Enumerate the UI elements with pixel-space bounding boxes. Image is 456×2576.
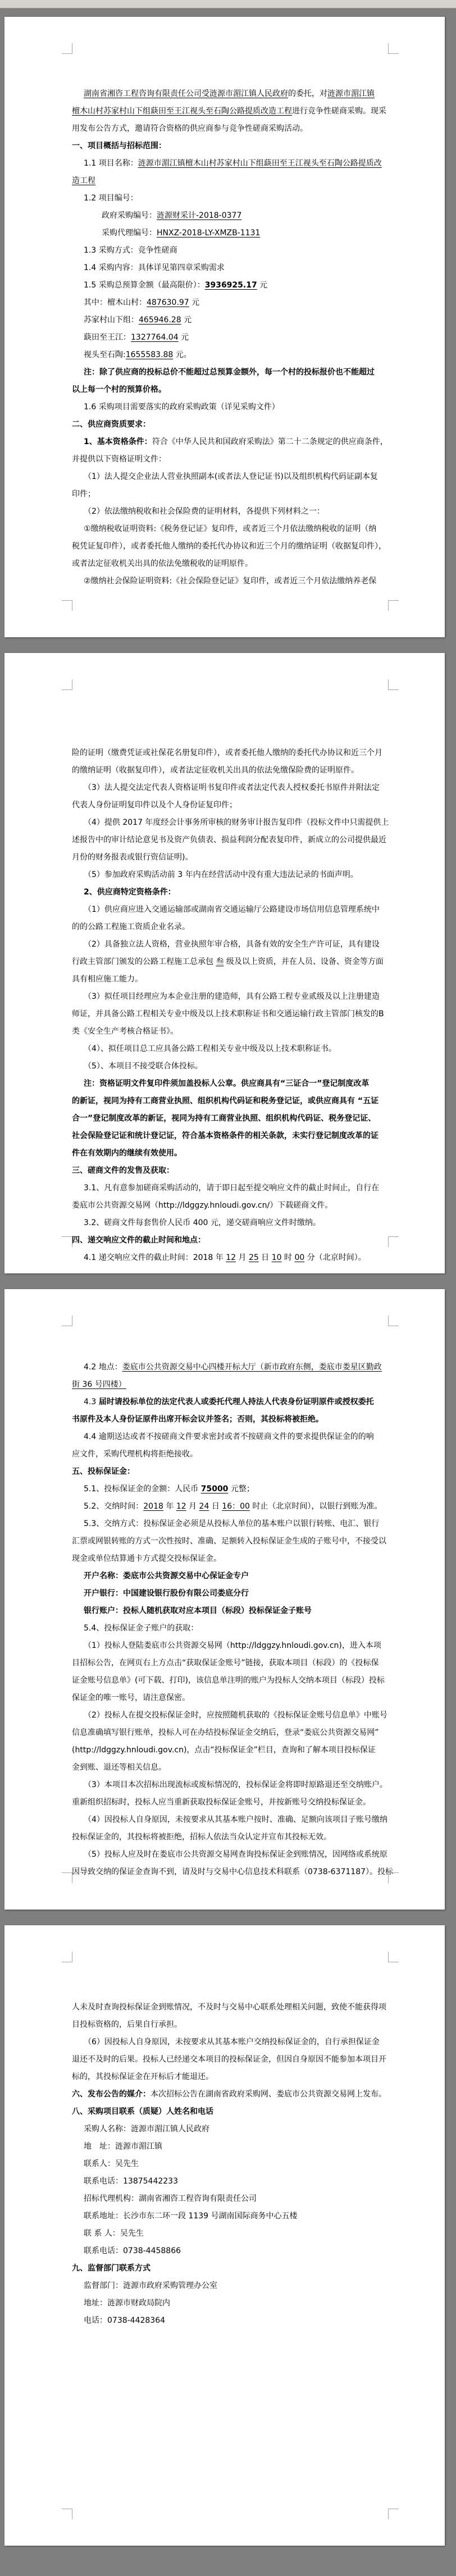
text-run: 25	[249, 1253, 259, 1262]
margin-crop-mark	[62, 1236, 72, 1247]
text-run: 现金或单位结算通卡方式提交投标保证金。	[72, 1554, 221, 1563]
text-run: 代表人身份证明复印件以及个人身份证复印件；	[72, 801, 237, 810]
text-run: 5.4、投标保证金子账户的获取：	[84, 1624, 198, 1633]
text-run: （1）投标人登陆娄底市公共资源交易网（http://ldggzy.hnloudi…	[84, 1641, 381, 1650]
doc-line: 现金或单位结算通卡方式提交投标保证金。	[72, 1550, 389, 1568]
doc-line: 1、基本资格条件：符合《中华人民共和国政府采购法》第二十二条规定的供应商条件，	[72, 433, 389, 451]
page-2[interactable]: 险的证明（缴费凭证或社保花名册复印件），或者委托他人缴纳的委托代办协议和近三个月…	[4, 653, 445, 1273]
doc-line: 街 36 号四楼）	[72, 1376, 389, 1394]
doc-line: （2）具备独立法人资格，营业执照年审合格，具备有效的安全生产许可证，具有建设	[72, 936, 389, 953]
text-run: 标的，其投标保证金在开标后才能退还。	[72, 2072, 213, 2081]
doc-line: 并提供以下资格证明文件：	[72, 451, 389, 468]
text-run: （6）因投标人自身原因，未按要求从其基本账户交纳投标保证金的，自行承担保证金	[84, 2038, 380, 2047]
doc-line: ②缴纳社会保险证明资料:《社会保险登记证》复印件，或者近三个月依法缴纳养老保	[72, 573, 389, 590]
doc-line: 1.2 项目编号：	[72, 190, 389, 207]
text-run: 应文件，采购代理机构将拒绝接收。	[72, 1450, 198, 1459]
text-run: 银行账户：投标人随机获取对应本项目（标段）投标保证金子账号	[84, 1606, 312, 1615]
doc-line: 2、供应商特定资格条件：	[72, 884, 389, 901]
doc-line: （6）因投标人自身原因，未按要求从其基本账户交纳投标保证金的，自行承担保证金	[72, 2034, 389, 2051]
doc-line: （1）投标人登陆娄底市公共资源交易网（http://ldggzy.hnloudi…	[72, 1637, 389, 1655]
text-run: 1、基本资格条件：	[84, 437, 152, 446]
text-run: （3）拟任项目经理应为本企业注册的建造师，具有公路工程专业贰级及以上注册建造	[84, 992, 380, 1001]
doc-line: 具有相应施工能力。	[72, 971, 389, 988]
text-run: 具有相应施工能力。	[72, 975, 143, 984]
doc-line: 地址：涟源市财政局院内	[72, 2295, 389, 2312]
text-run: 地 址：涟源市湄江镇	[84, 2142, 162, 2151]
text-run: 1.5 采购总预算金额（最高限价）：	[84, 281, 205, 290]
text-run: 联系电话：0738-4458866	[84, 2246, 181, 2255]
margin-crop-mark	[62, 1872, 72, 1883]
text-run: 街 36 号四楼）	[72, 1380, 126, 1389]
text-run: 险的证明（缴费凭证或社保花名册复印件），或者委托他人缴纳的委托代办协议和近三个月	[72, 748, 382, 757]
doc-line: 证金账号信息单》(可下载、打印)，该信息单注明的账户为投标人交纳本项目（标段）投…	[72, 1672, 389, 1689]
doc-line: 四、递交响应文件的截止时间和地点：	[72, 1232, 389, 1249]
margin-crop-mark	[62, 679, 72, 690]
doc-line: ①缴纳税收证明资料:《税务登记证》复印件，或者近三个月依法缴纳税收的证明（纳	[72, 520, 389, 538]
doc-line: 一、项目概括与招标范围：	[72, 138, 389, 155]
doc-line: 5.2、交纳时间：2018 年 12 月 24 日 16：00 时止（北京时间）…	[72, 1498, 389, 1515]
text-run: 进行竞争性磋商采购。现采	[292, 107, 386, 116]
text-run: 联系地址：长沙市东二环一段 1139 号湖南国际商务中心五楼	[84, 2212, 298, 2221]
margin-crop-mark	[62, 1316, 72, 1326]
text-run: 3.1、凡有意参加磋商采购活动的，请于即日起至提交响应文件的截止时间止，自行在	[84, 1184, 379, 1193]
text-run: 一、项目概括与招标范围：	[72, 141, 166, 150]
text-run: 开户银行：中国建设银行股份有限公司娄底分行	[84, 1589, 249, 1598]
doc-line: 电话：0738-4428364	[72, 2312, 389, 2330]
doc-line: 4.4 逾期送达或者不按磋商文件要求密封或者不按磋商文件的要求提供保证金的的响	[72, 1428, 389, 1446]
doc-line: 地 址：涟源市湄江镇	[72, 2138, 389, 2155]
doc-line: （5）投标人应及时在娄底市公共资源交易网查询投标保证金到账情况，因网络或系统原	[72, 1846, 389, 1864]
text-run: 注：除了供应商的投标总价不能超过总预算金额外，每一个村的投标报价也不能超过	[84, 368, 375, 377]
margin-crop-mark	[388, 600, 399, 611]
text-run: 地址：涟源市财政局院内	[84, 2299, 170, 2308]
text-run: 的委托，对	[288, 89, 327, 98]
doc-line: 目招标公告，在网页右上方点击“获取保证金账号”链接，获取本项目（标段）的《投标保	[72, 1655, 389, 1672]
text-run: 述报告中的审计结论意见书及资产负债表、损益利润分配表复印件，新成立的公司提供最近	[72, 835, 386, 844]
margin-crop-mark	[62, 1952, 72, 1962]
text-run: 分（北京时间）。	[304, 1253, 366, 1262]
text-run: 的新证，视同为持有工商营业执照、组织机构代码证和税务登记证，或供应商具有 “五证	[72, 1097, 379, 1106]
doc-line: 4.3 届时请投标单位的法定代表人或委托代理人持法人代表身份证明原件或授权委托	[72, 1394, 389, 1411]
page-content: 险的证明（缴费凭证或社保花名册复印件），或者委托他人缴纳的委托代办协议和近三个月…	[4, 653, 445, 1267]
doc-line: 开户银行：中国建设银行股份有限公司娄底分行	[72, 1585, 389, 1602]
doc-line: 类《安全生产考核合格证书》。	[72, 1023, 389, 1040]
text-run: （1）法人提交企业法人营业执照副本(或者法人登记证书)以及组织机构代码证副本复	[84, 472, 378, 481]
text-run: 采购代理编号：	[102, 229, 157, 237]
text-run: （4）、拟任项目总工应具备公路工程相关专业中级及以上技术职称证书。	[84, 1044, 336, 1053]
doc-line: 1.1 项目名称：涟源市湄江镇檀木山村苏家村山下组蒛田至王江视头至石陶公路提质改	[72, 155, 389, 172]
text-run: 湖南省湘咨工程咨询有限责任公司受涟源市湄江镇人民政府	[84, 89, 288, 98]
text-run: 元整；	[228, 1485, 254, 1493]
text-run: 注：资格证明文件复印件须加盖投标人公章。供应商具有“三证合一”登记制度改革	[84, 1079, 369, 1088]
doc-line: 或者法定征收机关出具的依法免缴税收的证明原件。	[72, 555, 389, 573]
doc-line: 5.1、投标保证金的金额：人民币 75000 元整；	[72, 1481, 389, 1498]
doc-line: 造工程	[72, 172, 389, 190]
text-run: 日	[209, 1502, 222, 1511]
text-run: 元。	[173, 350, 191, 359]
text-run: ①缴纳税收证明资料:《税务登记证》复印件，或者近三个月依法缴纳税收的证明（纳	[84, 524, 376, 533]
margin-crop-mark	[388, 1872, 399, 1883]
text-run: 24	[199, 1502, 209, 1511]
text-run: 二、供应商资质要求：	[72, 420, 151, 429]
text-run: 招标代理机构：湖南省湘咨工程咨询有限责任公司	[84, 2194, 257, 2203]
page-4[interactable]: 人未及时查询投标保证金到账情况，不及时与交易中心联系处理相关问题，致使不能获得项…	[4, 1925, 445, 2546]
doc-line: 应文件，采购代理机构将拒绝接收。	[72, 1446, 389, 1463]
doc-line: 4.2 地点：娄底市公共资源交易中心四楼开标大厅（新市政府东侧，娄底市娄星区勤政	[72, 1359, 389, 1376]
margin-crop-mark	[388, 1236, 399, 1247]
text-run: 元	[257, 281, 267, 290]
margin-crop-mark	[62, 43, 72, 54]
text-run: 3.2、磋商文件每套售价人民币 400 元，递交磋商响应文件时缴纳。	[84, 1218, 321, 1227]
doc-line: 监督部门：涟源市政府采购管理办公室	[72, 2277, 389, 2295]
margin-crop-mark	[388, 43, 399, 54]
doc-line: 的缴纳证明（收据复印件），或者法定征收机关出具的依法免缴保险费的证明原件。	[72, 762, 389, 779]
text-run: 涟源市湄江镇	[327, 89, 375, 98]
doc-line: 5.3、交纳方式：投标保证金必须是从投标人单位的基本账户以银行转账、电汇、银行	[72, 1515, 389, 1533]
text-run: 时止（北京时间），以银行到账为准。	[250, 1502, 382, 1511]
text-run: 1327764.04	[131, 333, 179, 342]
text-run: 联系人：吴先生	[84, 2159, 139, 2168]
doc-line: 4.1 递交响应文件的截止时间：2018 年 12 月 25 日 10 时 00…	[72, 1249, 389, 1267]
text-run: （4）因投标人自身原因，未按要求从其基本账户按时、准确、足额向该项目子账号缴纳	[84, 1815, 387, 1824]
doc-line: 因导致交纳的保证金查询不到，请及时与交易中心信息技术科联系（0738-63711…	[72, 1864, 389, 1881]
text-run: 00	[294, 1253, 304, 1262]
doc-line: 联系电话：0738-4458866	[72, 2242, 389, 2260]
text-run: 师证，并具备公路工程相关专业中级及以上技术职称证书和交通运输行政主管部门核发的B	[72, 1010, 384, 1018]
doc-line: 汇票或网银转账的方式一次性按时、准确、足额转入投标保证金生成的子账号中，不接受以	[72, 1533, 389, 1550]
text-run: 的的公路工程施工资质企业名录。	[72, 922, 190, 931]
doc-line: 蒛田至王江：1327764.04 元	[72, 329, 389, 346]
text-run: 本次招标公告在湖南省政府采购网、娄底市公共资源交易网上发布。	[151, 2090, 386, 2099]
doc-line: 1.4 采购内容：具体详见第四章采购需求	[72, 259, 389, 277]
text-run: 3936925.17	[205, 281, 257, 290]
text-run: 开户名称：娄底市公共资源交易中心保证金专户	[84, 1572, 249, 1581]
text-run: 年	[163, 1502, 176, 1511]
text-run: 税凭证复印件），或者委托他人缴纳的委托代办协议和近三个月的缴纳证明（收据复印件）…	[72, 542, 386, 551]
doc-line: 政府采购编号：涟源财采计-2018-0377	[72, 207, 389, 225]
text-run: 5.1、投标保证金的金额：人民币	[84, 1485, 201, 1493]
text-run: HNXZ-2018-LY-XMZB-1131	[157, 229, 260, 237]
text-run: 书原件及本人身份证原件出席开标会议并签名；否则，其投标将被拒绝。	[72, 1415, 323, 1424]
text-run: 涟源财采计-2018-0377	[157, 211, 241, 220]
text-run: 时	[282, 1253, 295, 1262]
doc-line: 险的证明（缴费凭证或社保花名册复印件），或者委托他人缴纳的委托代办协议和近三个月	[72, 745, 389, 762]
doc-line: （5）参加政府采购活动前 3 年内在经营活动中没有重大违法记录的书面声明。	[72, 866, 389, 884]
text-run: 行政主管部门颁发的公路工程施工总承包	[72, 957, 216, 966]
doc-line: 九、监督部门联系方式	[72, 2260, 389, 2277]
doc-line: 八、采购项目联系（质疑）人姓名和电话	[72, 2103, 389, 2121]
text-run: 月	[186, 1502, 199, 1511]
text-run: 月	[236, 1253, 249, 1262]
text-run: 造工程	[72, 176, 95, 185]
text-run: 信息准确填写银行账单，投标人可在办结投标保证金交纳后，登录“娄底公共资源交易网”	[72, 1728, 379, 1737]
text-run: 联系电话：13875442233	[84, 2177, 178, 2186]
doc-line: （5）、本项目不接受联合体投标。	[72, 1058, 389, 1075]
doc-line: （1）供应商应进入交通运输部或湖南省交通运输厅公路建设市场信用信息管理系统中	[72, 901, 389, 919]
text-run: 1.2 项目编号：	[84, 194, 138, 203]
doc-line: （1）法人提交企业法人营业执照副本(或者法人登记证书)以及组织机构代码证副本复	[72, 468, 389, 486]
text-run: 退还不及时的后果。投标人已经递交本项目的投标保证金，但因自身原因不能参加本项目开	[72, 2055, 386, 2064]
text-run: （4）提供 2017 年度经会计事务所审核的财务审计报告复印件（投标文件中只需提…	[84, 818, 389, 827]
page-1[interactable]: 湖南省湘咨工程咨询有限责任公司受涟源市湄江镇人民政府的委托，对涟源市湄江镇檀木山…	[4, 17, 445, 637]
text-run: （3）本项目本次招标出现流标或废标情况的，投标保证金将即时原路退还至交纳账户。	[84, 1780, 387, 1789]
text-run: 电话：0738-4428364	[84, 2316, 165, 2325]
text-run: 4.1 递交响应文件的截止时间：2018 年	[84, 1253, 226, 1262]
doc-line: 三、磋商文件的发售及获取：	[72, 1162, 389, 1180]
doc-line: 1.5 采购总预算金额（最高限价）：3936925.17 元	[72, 277, 389, 294]
doc-line: 行政主管部门颁发的公路工程施工总承包 叁 级及以上资质，并在人员、设备、资金等方…	[72, 953, 389, 971]
text-run: 苏家村山下组：	[84, 316, 139, 325]
text-run: 2、供应商特定资格条件：	[84, 888, 176, 897]
text-run: 件在有效期内的继续有效使用。	[72, 1149, 182, 1158]
text-run: 465946.28	[139, 316, 181, 325]
text-run: 社会保险登记证和统计登记证，符合基本资格条件的相关条款，未实行登记制度改革的证	[72, 1131, 379, 1140]
doc-line: 1.3 采购方式：竞争性磋商	[72, 242, 389, 259]
text-run: 汇票或网银转账的方式一次性按时、准确、足额转入投标保证金生成的子账号中，不接受以	[72, 1537, 386, 1546]
text-run: 2018	[143, 1502, 163, 1511]
doc-line: 信息准确填写银行账单，投标人可在办结投标保证金交纳后，登录“娄底公共资源交易网”	[72, 1724, 389, 1742]
text-run: 视头至石陶:	[84, 350, 126, 359]
text-run: （3）法人提交法定代表人资格证明书复印件或者法定代表人授权委托书原件并附法定	[84, 783, 380, 792]
text-run: 月份的财务报表或银行资信证明)。	[72, 853, 193, 862]
text-run: 元	[181, 316, 191, 325]
text-run: 檀木山村苏家村山下组蒛田至王江视头至石陶公路提质改造工程	[72, 107, 292, 116]
text-run: 4.3	[84, 1397, 99, 1406]
text-run: 其中：檀木山村：	[84, 298, 147, 307]
text-run: 487630.97	[147, 298, 189, 307]
doc-line: 六、发布公告的媒介：本次招标公告在湖南省政府采购网、娄底市公共资源交易网上发布。	[72, 2086, 389, 2103]
text-run: (http://ldggzy.hnloudi.gov.cn)，点击“投标保证金”…	[72, 1746, 376, 1755]
doc-line: 投标保证金的，其投标将被拒绝，招标人依法当众认定并宣布其投标无效。	[72, 1829, 389, 1846]
doc-line: 件在有效期内的继续有效使用。	[72, 1145, 389, 1162]
text-run: 六、发布公告的媒介：	[72, 2090, 151, 2099]
text-run: 元	[179, 333, 189, 342]
doc-line: 金到账、退还等相关信息。	[72, 1759, 389, 1776]
doc-line: 重新组织招标时，投标人应当重新获取投标保证金账号，并按新账号交纳投标保证金。	[72, 1794, 389, 1811]
text-run: （5）、本项目不接受联合体投标。	[84, 1062, 203, 1071]
text-run: 政府采购编号：	[102, 211, 157, 220]
page-content: 4.2 地点：娄底市公共资源交易中心四楼开标大厅（新市政府东侧，娄底市娄星区勤政…	[4, 1289, 445, 1881]
page-content: 人未及时查询投标保证金到账情况，不及时与交易中心联系处理相关问题，致使不能获得项…	[4, 1925, 445, 2330]
text-run: 九、监督部门联系方式	[72, 2264, 151, 2273]
doc-line: 述报告中的审计结论意见书及资产负债表、损益利润分配表复印件，新成立的公司提供最近	[72, 832, 389, 849]
doc-line: 退还不及时的后果。投标人已经递交本项目的投标保证金，但因自身原因不能参加本项目开	[72, 2051, 389, 2068]
text-run: 类《安全生产考核合格证书》。	[72, 1027, 178, 1036]
text-run: 八、采购项目联系（质疑）人姓名和电话	[72, 2107, 213, 2116]
text-run: 五、投标保证金：	[72, 1467, 135, 1476]
text-run: 的缴纳证明（收据复印件），或者法定征收机关出具的依法免缴保险费的证明原件。	[72, 766, 359, 775]
doc-line: （4）、拟任项目总工应具备公路工程相关专业中级及以上技术职称证书。	[72, 1040, 389, 1058]
doc-line: 1.6 采购项目需要落实的政府采购政策（详见采购文件）	[72, 399, 389, 416]
text-run: （2）依法缴纳税收和社会保险费的证明材料，各提供下列材料之一：	[84, 507, 325, 516]
window-top-strip	[0, 0, 456, 8]
doc-line: 联 系 人：吴先生	[72, 2225, 389, 2242]
doc-line: 联系地址：长沙市东二环一段 1139 号湖南国际商务中心五楼	[72, 2208, 389, 2225]
doc-line: 代表人身份证明复印件以及个人身份证复印件；	[72, 797, 389, 814]
text-run: 保证金的唯一账号，请注意保密。	[72, 1693, 190, 1702]
doc-line: 视头至石陶:1655583.88 元。	[72, 346, 389, 364]
text-run: 人未及时查询投标保证金到账情况，不及时与交易中心联系处理相关问题，致使不能获得项	[72, 2003, 386, 2012]
text-run: 目招标公告，在网页右上方点击“获取保证金账号”链接，获取本项目（标段）的《投标保	[72, 1659, 379, 1668]
doc-line: 娄底市公共资源交易网（http://ldggzy.hnloudi.gov.cn/…	[72, 1197, 389, 1214]
doc-line: 五、投标保证金：	[72, 1463, 389, 1481]
text-run: 1.1 项目名称：	[84, 159, 138, 168]
text-run: 元	[189, 298, 199, 307]
doc-line: 师证，并具备公路工程相关专业中级及以上技术职称证书和交通运输行政主管部门核发的B	[72, 1006, 389, 1023]
doc-line: 采购代理编号：HNXZ-2018-LY-XMZB-1131	[72, 225, 389, 242]
text-run: 证金账号信息单》(可下载、打印)，该信息单注明的账户为投标人交纳本项目（标段）投…	[72, 1676, 385, 1685]
doc-line: 注：资格证明文件复印件须加盖投标人公章。供应商具有“三证合一”登记制度改革	[72, 1075, 389, 1093]
doc-line: 银行账户：投标人随机获取对应本项目（标段）投标保证金子账号	[72, 1602, 389, 1620]
text-run: 16：00	[222, 1502, 250, 1511]
doc-line: 用发布公告方式，邀请符合资格的供应商参与竞争性磋商采购活动。	[72, 120, 389, 138]
doc-line: 社会保险登记证和统计登记证，符合基本资格条件的相关条款，未实行登记制度改革的证	[72, 1127, 389, 1145]
doc-line: 苏家村山下组：465946.28 元	[72, 312, 389, 329]
text-run: 娄底市公共资源交易网（http://ldggzy.hnloudi.gov.cn/…	[72, 1201, 332, 1210]
text-run: 三、磋商文件的发售及获取：	[72, 1166, 174, 1175]
page-content: 湖南省湘咨工程咨询有限责任公司受涟源市湄江镇人民政府的委托，对涟源市湄江镇檀木山…	[4, 17, 445, 590]
text-run: 金到账、退还等相关信息。	[72, 1763, 166, 1772]
document-area: 湖南省湘咨工程咨询有限责任公司受涟源市湄江镇人民政府的委托，对涟源市湄江镇檀木山…	[0, 8, 456, 2546]
doc-line: 注：除了供应商的投标总价不能超过总预算金额外，每一个村的投标报价也不能超过	[72, 364, 389, 381]
text-run: （5）参加政府采购活动前 3 年内在经营活动中没有重大违法记录的书面声明。	[84, 870, 358, 879]
text-run: 涟源市湄江镇檀木山村苏家村山下组蒛田至王江视头至石陶公路提质改	[138, 159, 382, 168]
page-3[interactable]: 4.2 地点：娄底市公共资源交易中心四楼开标大厅（新市政府东侧，娄底市娄星区勤政…	[4, 1289, 445, 1910]
margin-crop-mark	[388, 2509, 399, 2519]
doc-line: 二、供应商资质要求：	[72, 416, 389, 433]
text-run: ②缴纳社会保险证明资料:《社会保险登记证》复印件，或者近三个月依法缴纳养老保	[84, 577, 376, 586]
text-run: 监督部门：涟源市政府采购管理办公室	[84, 2281, 217, 2290]
text-run: 1.4 采购内容：具体详见第四章采购需求	[84, 263, 225, 272]
text-run: 12	[226, 1253, 236, 1262]
doc-line: 3.2、磋商文件每套售价人民币 400 元，递交磋商响应文件时缴纳。	[72, 1214, 389, 1232]
doc-line: 5.4、投标保证金子账户的获取：	[72, 1620, 389, 1637]
text-run: 符合《中华人民共和国政府采购法》第二十二条规定的供应商条件，	[152, 437, 388, 446]
text-run: 10	[272, 1253, 282, 1262]
text-run: 1655583.88	[126, 350, 174, 359]
text-run: 并提供以下资格证明文件：	[72, 455, 166, 464]
doc-line: （3）拟任项目经理应为本企业注册的建造师，具有公路工程专业贰级及以上注册建造	[72, 988, 389, 1006]
doc-line: 3.1、凡有意参加磋商采购活动的，请于即日起至提交响应文件的截止时间止，自行在	[72, 1180, 389, 1197]
text-run: 75000	[201, 1485, 229, 1493]
doc-line: 标的，其投标保证金在开标后才能退还。	[72, 2068, 389, 2086]
doc-line: (http://ldggzy.hnloudi.gov.cn)，点击“投标保证金”…	[72, 1742, 389, 1759]
text-run: 或者法定征收机关出具的依法免缴税收的证明原件。	[72, 559, 253, 568]
text-run: 1.3 采购方式：竞争性磋商	[84, 246, 177, 255]
doc-line: （4）提供 2017 年度经会计事务所审核的财务审计报告复印件（投标文件中只需提…	[72, 814, 389, 832]
doc-line: （3）法人提交法定代表人资格证明书复印件或者法定代表人授权委托书原件并附法定	[72, 779, 389, 797]
doc-line: 采购人名称：涟源市湄江镇人民政府	[72, 2121, 389, 2138]
doc-line: （2）投标人在提交投标保证金时，应按照随机获取的《投标保证金账号信息单》中账号	[72, 1707, 389, 1724]
text-run: 目投标资格的，后果自行承担。	[72, 2020, 182, 2029]
text-run: 5.3、交纳方式：投标保证金必须是从投标人单位的基本账户以银行转账、电汇、银行	[84, 1519, 379, 1528]
doc-line: 印件；	[72, 486, 389, 503]
text-run: 四、递交响应文件的截止时间和地点：	[72, 1236, 206, 1245]
doc-line: 合一”登记制度改革的新证，视同为持有工商营业执照、组织机构代码证、税务登记证、	[72, 1110, 389, 1127]
margin-crop-mark	[388, 1316, 399, 1326]
doc-line: 月份的财务报表或银行资信证明)。	[72, 849, 389, 866]
text-run: 日	[259, 1253, 272, 1262]
doc-line: （4）因投标人自身原因，未按要求从其基本账户按时、准确、足额向该项目子账号缴纳	[72, 1811, 389, 1829]
doc-line: 人未及时查询投标保证金到账情况，不及时与交易中心联系处理相关问题，致使不能获得项	[72, 1999, 389, 2016]
text-run: 4.4 逾期送达或者不按磋商文件要求密封或者不按磋商文件的要求提供保证金的的响	[84, 1432, 374, 1441]
text-run: 联 系 人：吴先生	[84, 2229, 144, 2238]
text-run: 投标保证金的，其投标将被拒绝，招标人依法当众认定并宣布其投标无效。	[72, 1833, 331, 1842]
doc-line: 开户名称：娄底市公共资源交易中心保证金专户	[72, 1568, 389, 1585]
margin-crop-mark	[388, 679, 399, 690]
doc-line: 书原件及本人身份证原件出席开标会议并签名；否则，其投标将被拒绝。	[72, 1411, 389, 1428]
text-run: （1）供应商应进入交通运输部或湖南省交通运输厅公路建设市场信用信息管理系统中	[84, 905, 380, 914]
margin-crop-mark	[62, 2509, 72, 2519]
doc-line: 联系电话：13875442233	[72, 2173, 389, 2190]
text-run: 以上每一个村的预算价格。	[72, 385, 166, 394]
text-run: （2）具备独立法人资格，营业执照年审合格，具备有效的安全生产许可证，具有建设	[84, 940, 380, 949]
doc-line: 目投标资格的，后果自行承担。	[72, 2016, 389, 2034]
doc-line: 檀木山村苏家村山下组蒛田至王江视头至石陶公路提质改造工程进行竞争性磋商采购。现采	[72, 103, 389, 120]
text-run: 届时请投标单位的法定代表人或委托代理人持法人代表身份证明原件或授权委托	[99, 1397, 374, 1406]
margin-crop-mark	[388, 1952, 399, 1962]
doc-line: 保证金的唯一账号，请注意保密。	[72, 1689, 389, 1707]
margin-crop-mark	[62, 600, 72, 611]
text-run: （5）投标人应及时在娄底市公共资源交易网查询投标保证金到账情况，因网络或系统原	[84, 1850, 387, 1859]
text-run: 叁	[216, 957, 224, 966]
text-run: 用发布公告方式，邀请符合资格的供应商参与竞争性磋商采购活动。	[72, 124, 308, 133]
doc-line: 税凭证复印件），或者委托他人缴纳的委托代办协议和近三个月的缴纳证明（收据复印件）…	[72, 538, 389, 555]
text-run: 重新组织招标时，投标人应当重新获取投标保证金账号，并按新账号交纳投标保证金。	[72, 1798, 371, 1807]
doc-line: （3）本项目本次招标出现流标或废标情况的，投标保证金将即时原路退还至交纳账户。	[72, 1776, 389, 1794]
doc-line: 以上每一个村的预算价格。	[72, 381, 389, 399]
doc-line: 联系人：吴先生	[72, 2155, 389, 2173]
text-run: 5.2、交纳时间：	[84, 1502, 143, 1511]
doc-line: 招标代理机构：湖南省湘咨工程咨询有限责任公司	[72, 2190, 389, 2208]
text-run: 娄底市公共资源交易中心四楼开标大厅（新市政府东侧，娄底市娄星区勤政	[122, 1363, 382, 1372]
doc-line: 湖南省湘咨工程咨询有限责任公司受涟源市湄江镇人民政府的委托，对涟源市湄江镇	[72, 85, 389, 103]
text-run: 蒛田至王江：	[84, 333, 131, 342]
text-run: 12	[176, 1502, 186, 1511]
doc-line: 的新证，视同为持有工商营业执照、组织机构代码证和税务登记证，或供应商具有 “五证	[72, 1093, 389, 1110]
text-run: 因导致交纳的保证金查询不到，请及时与交易中心信息技术科联系（0738-63711…	[72, 1867, 393, 1876]
text-run: 4.2 地点：	[84, 1363, 122, 1372]
text-run: 采购人名称：涟源市湄江镇人民政府	[84, 2125, 209, 2134]
text-run: 合一”登记制度改革的新证，视同为持有工商营业执照、组织机构代码证、税务登记证、	[72, 1114, 376, 1123]
text-run: 1.6 采购项目需要落实的政府采购政策（详见采购文件）	[84, 403, 280, 412]
text-run: 印件；	[72, 490, 95, 499]
doc-line: 的的公路工程施工资质企业名录。	[72, 919, 389, 936]
doc-line: 其中：檀木山村：487630.97 元	[72, 294, 389, 312]
text-run: 级及以上资质，并在人员、设备、资金等方面	[224, 957, 383, 966]
text-run: （2）投标人在提交投标保证金时，应按照随机获取的《投标保证金账号信息单》中账号	[84, 1711, 387, 1720]
doc-line: （2）依法缴纳税收和社会保险费的证明材料，各提供下列材料之一：	[72, 503, 389, 520]
